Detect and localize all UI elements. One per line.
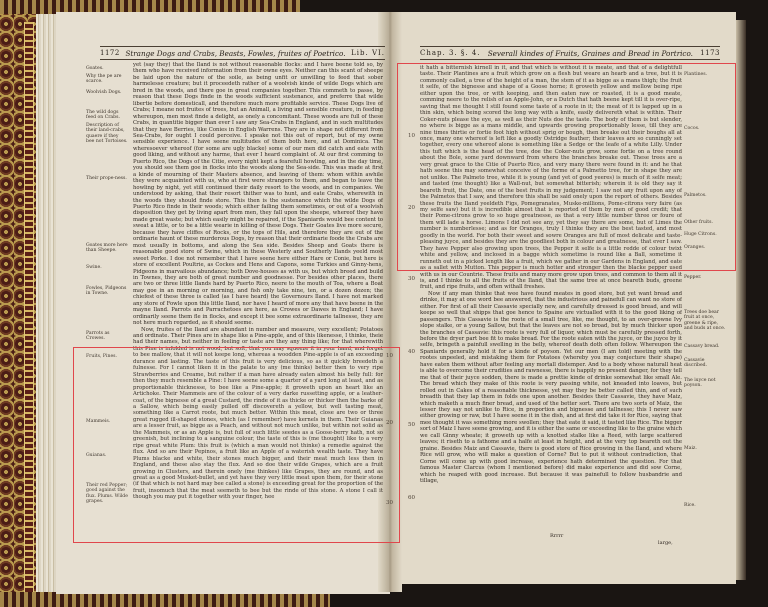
right-page-edge [736, 20, 746, 580]
right-running-title: Severall kindes of Fruits, Graines and B… [481, 49, 701, 58]
margin-note: Trees doe bear fruit at once, greene & r… [684, 310, 726, 332]
margin-note: Rice. [684, 503, 726, 508]
line-number: 30 [408, 276, 415, 282]
page-leaf-edges [36, 14, 58, 592]
right-page-header: Chap. 3. §. 4. Severall kindes of Fruits… [420, 46, 720, 60]
margin-note: Why the pe are scarce. [86, 74, 128, 85]
chapter-label: Chap. 3. §. 4. [420, 49, 481, 57]
paragraph: yet (say they) that the Iland is not wit… [133, 62, 383, 327]
margin-note: Goates. [86, 66, 128, 71]
margin-note: Description of their land-crabs, quaere … [86, 123, 128, 145]
margin-note: Their prope-ness. [86, 176, 128, 181]
left-running-title: Strange Dogs and Crabs, Beasts, Fowles, … [120, 49, 351, 58]
margin-note: Parrots as Crowes. [86, 331, 128, 342]
right-page-number: 1173 [700, 49, 720, 57]
margin-note: Cassavy bread. [684, 344, 726, 349]
margin-note: The wild dogs feed on Crabs. [86, 110, 128, 121]
left-page-header: 1172 Strange Dogs and Crabs, Beasts, Fow… [100, 46, 385, 60]
book-cover-ornate-edge [0, 0, 40, 607]
margin-note: Maiz. [684, 446, 726, 451]
line-number: 50 [408, 422, 415, 428]
highlight-box-left-page-fruits-passage[interactable] [73, 347, 400, 543]
margin-note: Woolvish Dogs. [86, 90, 128, 95]
margin-note: Fowles, Pidgeons in Towne. [86, 286, 128, 297]
margin-note: Swine. [86, 265, 128, 270]
book-label: Lib. VI. [351, 49, 385, 57]
book-cover-bottom-edge [0, 592, 330, 607]
margin-note: Cassavie discribed. [684, 358, 726, 369]
line-number: 40 [408, 349, 415, 355]
catchword: large, [658, 540, 673, 546]
book-cover-gilt-border [24, 22, 34, 592]
paragraph: Now if any man thinke that wee have foun… [420, 291, 682, 485]
line-number: 60 [408, 495, 415, 501]
left-page-number: 1172 [100, 49, 120, 57]
margin-note: Pepper. [684, 275, 726, 280]
highlight-box-right-page-fruits-passage[interactable] [397, 63, 736, 271]
signature-mark: Rrrrr [550, 533, 563, 539]
margin-note: The iuyce not poyson. [684, 378, 726, 389]
margin-note: Goates more here than Sheepe. [86, 243, 128, 254]
